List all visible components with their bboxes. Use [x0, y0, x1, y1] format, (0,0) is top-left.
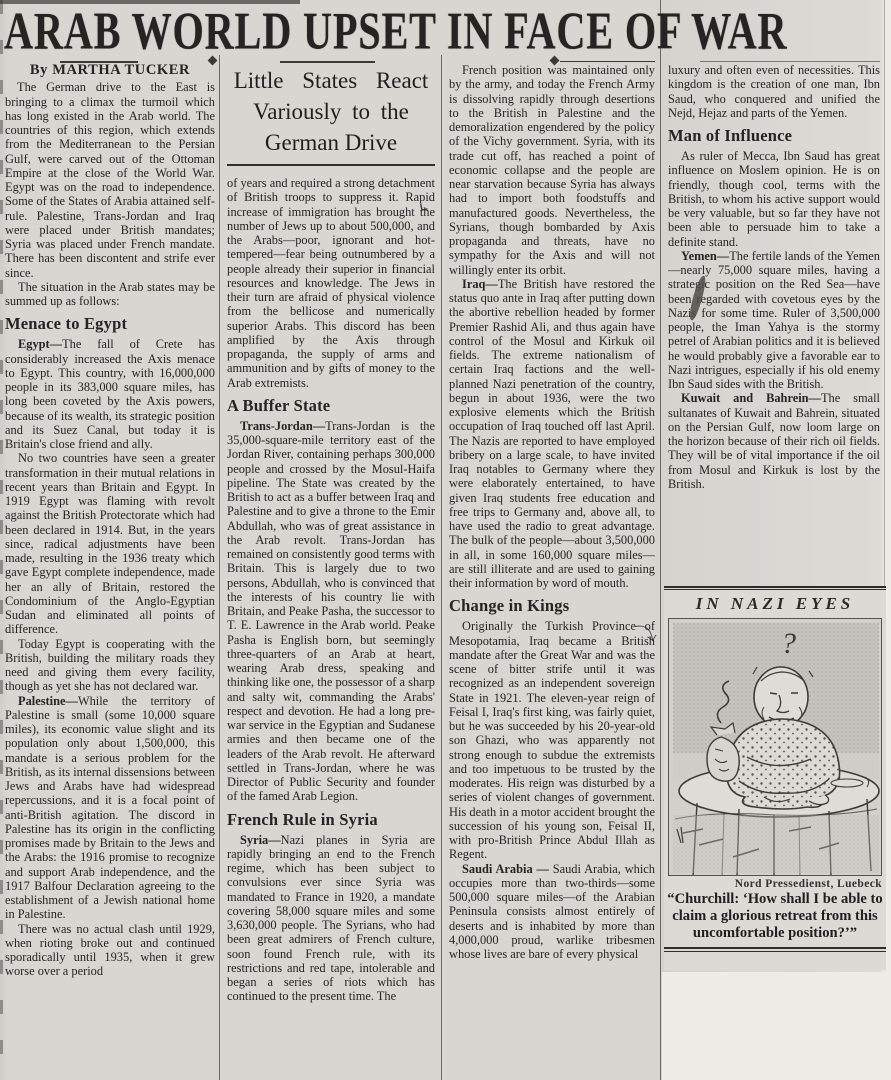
- column-3: French position was maintained only by t…: [449, 63, 655, 1078]
- section-heading: A Buffer State: [227, 397, 435, 415]
- cartoon-top-rule: [664, 586, 886, 590]
- deck-line: Variously to the: [227, 96, 435, 127]
- paragraph: Iraq—The British have restored the statu…: [449, 277, 655, 591]
- byline: By MARTHA TUCKER: [5, 63, 215, 77]
- deck-headline: Little States React Variously to the Ger…: [227, 65, 435, 158]
- paragraph: Today Egypt is cooperating with the Brit…: [5, 637, 215, 694]
- cartoon-credit: Nord Pressedienst, Luebeck: [664, 876, 886, 890]
- paragraph: The German drive to the East is bringing…: [5, 80, 215, 280]
- section-heading: Menace to Egypt: [5, 315, 215, 333]
- newspaper-page: ARAB WORLD UPSET IN FACE OF WAR By MARTH…: [0, 0, 891, 1080]
- deck-line: Little States React: [227, 65, 435, 96]
- paragraph: Yemen—The fertile lands of the Yemen—nea…: [668, 249, 880, 392]
- page-title: ARAB WORLD UPSET IN FACE OF WAR: [4, 8, 522, 56]
- section-heading: Change in Kings: [449, 597, 655, 615]
- section-heading: Man of Influence: [668, 127, 880, 145]
- churchill-cartoon-drawing: ?: [669, 619, 882, 876]
- paragraph: French position was maintained only by t…: [449, 63, 655, 277]
- column-divider: [660, 0, 661, 1080]
- scan-edge-artifact: [0, 0, 3, 1080]
- paragraph: Syria—Nazi planes in Syria are rapidly b…: [227, 833, 435, 1004]
- deck-rule: [227, 164, 435, 166]
- cartoon-box: IN NAZI EYES: [664, 586, 886, 970]
- column-1: By MARTHA TUCKER The German drive to the…: [5, 63, 215, 1078]
- svg-text:?: ?: [781, 627, 796, 660]
- paragraph: Egypt—The fall of Crete has considerably…: [5, 337, 215, 451]
- cartoon-illustration: ?: [668, 618, 882, 876]
- column-divider: [441, 55, 442, 1080]
- paragraph: Trans-Jordan—Trans-Jordan is the 35,000-…: [227, 419, 435, 804]
- paragraph: Palestine—While the territory of Palesti…: [5, 694, 215, 922]
- paragraph: There was no actual clash until 1929, wh…: [5, 922, 215, 979]
- column-2: Little States React Variously to the Ger…: [227, 63, 435, 1078]
- cartoon-caption: “Churchill: ‘How shall I be able to clai…: [664, 890, 886, 943]
- blank-paper-area: [662, 972, 891, 1080]
- paragraph: As ruler of Mecca, Ibn Saud has great in…: [668, 149, 880, 249]
- paragraph: luxury and often even of necessities. Th…: [668, 63, 880, 120]
- paragraph: of years and required a strong detachmen…: [227, 176, 435, 390]
- paragraph: The situation in the Arab states may be …: [5, 280, 215, 309]
- paragraph: Saudi Arabia — Saudi Arabia, which occup…: [449, 862, 655, 962]
- cartoon-bottom-rule: [664, 947, 886, 952]
- cartoon-title: IN NAZI EYES: [664, 594, 886, 614]
- headline-rule-segment: [560, 61, 655, 62]
- column-divider: [219, 55, 220, 1080]
- deck-line: German Drive: [227, 127, 435, 158]
- paragraph: No two countries have seen a greater tra…: [5, 451, 215, 636]
- headline-rule-segment: [700, 61, 880, 62]
- paragraph: Kuwait and Bahrein—The small sultanates …: [668, 391, 880, 491]
- column-4: luxury and often even of necessities. Th…: [668, 63, 880, 583]
- paragraph: Originally the Turkish Province of Mesop…: [449, 619, 655, 861]
- section-heading: French Rule in Syria: [227, 811, 435, 829]
